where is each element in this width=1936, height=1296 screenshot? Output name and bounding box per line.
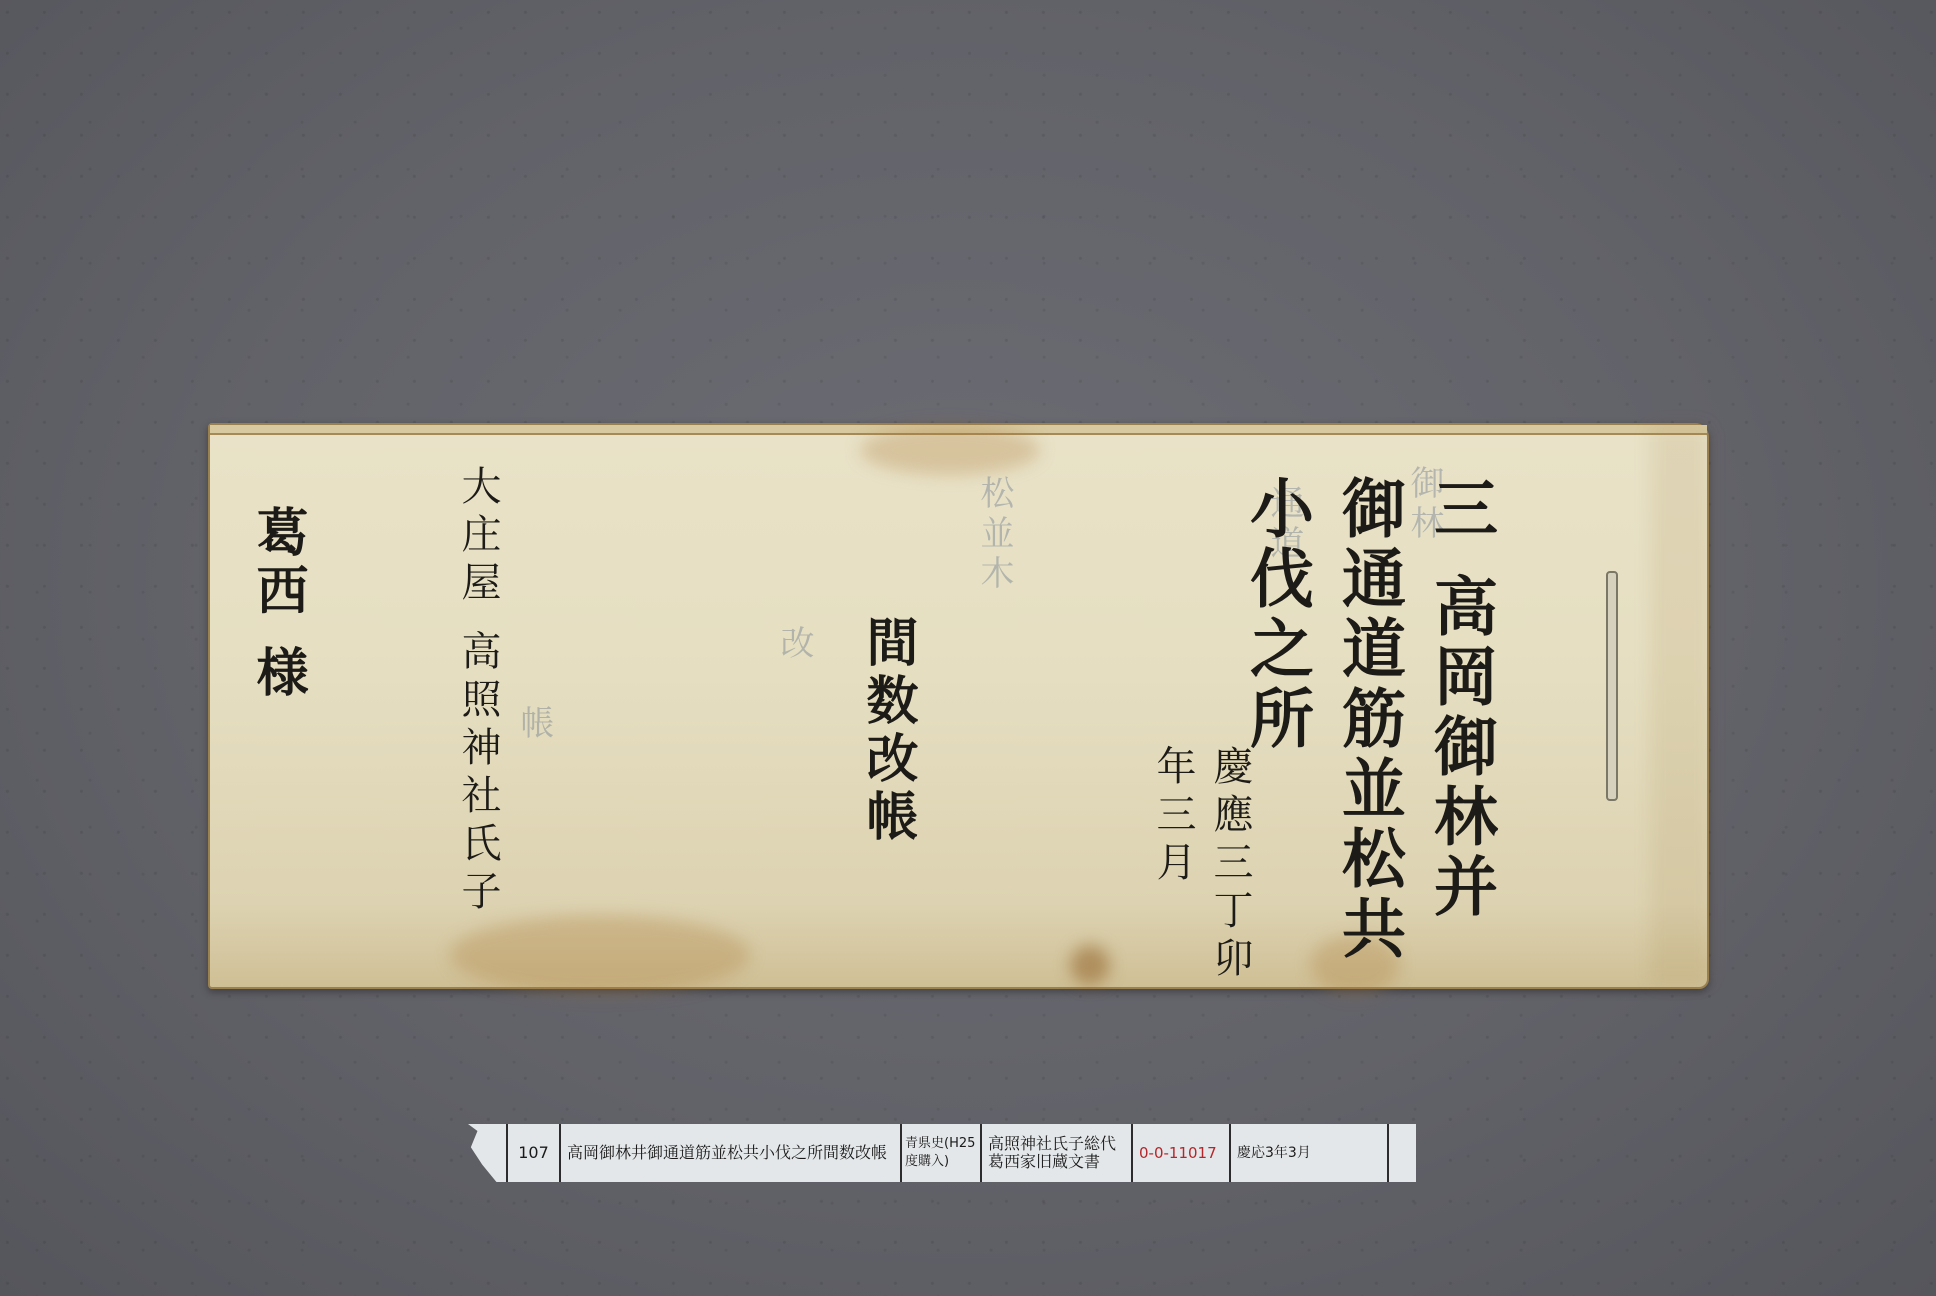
bleed-through-text: 改 [770, 625, 819, 665]
document-addressee-column: 葛西 様 [240, 505, 315, 703]
edge-discoloration [1650, 425, 1710, 985]
water-stain [450, 915, 750, 995]
label-collection-line1: 高照神社氏子総代 [988, 1135, 1116, 1153]
label-collection: 高照神社氏子総代 葛西家旧蔵文書 [982, 1124, 1133, 1182]
document-signatory-column: 大庄屋 高照神社氏子 [450, 465, 507, 918]
document-main-column: 三 高岡御林并御通道筋並松共小伐之所 [1230, 475, 1506, 987]
label-document-title: 高岡御林井御通道筋並松共小伐之所間数改帳 [561, 1124, 902, 1182]
label-acquisition-line1: 青県史(H25 [905, 1135, 975, 1153]
label-collection-line2: 葛西家旧蔵文書 [988, 1153, 1100, 1171]
document-date-column: 慶應三丁卯年三月 [1145, 745, 1259, 987]
label-date: 慶応3年3月 [1231, 1124, 1389, 1182]
label-catalog-code: 0-0-11017 [1133, 1124, 1231, 1182]
label-item-number: 107 [508, 1124, 561, 1182]
label-acquisition-line2: 度購入) [905, 1153, 949, 1171]
bleed-through-text: 松並木 [970, 475, 1019, 595]
bleed-through-text: 帳 [510, 705, 559, 745]
water-stain [860, 425, 1040, 475]
binding-slot [1606, 571, 1618, 801]
water-stain [1070, 945, 1110, 985]
label-tab [468, 1124, 508, 1182]
document-title-column: 間数改帳 [850, 615, 925, 847]
label-blank-cell [1389, 1124, 1416, 1182]
archive-label-strip: 107 高岡御林井御通道筋並松共小伐之所間数改帳 青県史(H25 度購入) 高照… [468, 1124, 1416, 1182]
label-acquisition: 青県史(H25 度購入) [902, 1124, 982, 1182]
historical-document: 御林 通道 松並木 改 帳 三 高岡御林并御通道筋並松共小伐之所 慶應三丁卯年三… [208, 423, 1709, 989]
